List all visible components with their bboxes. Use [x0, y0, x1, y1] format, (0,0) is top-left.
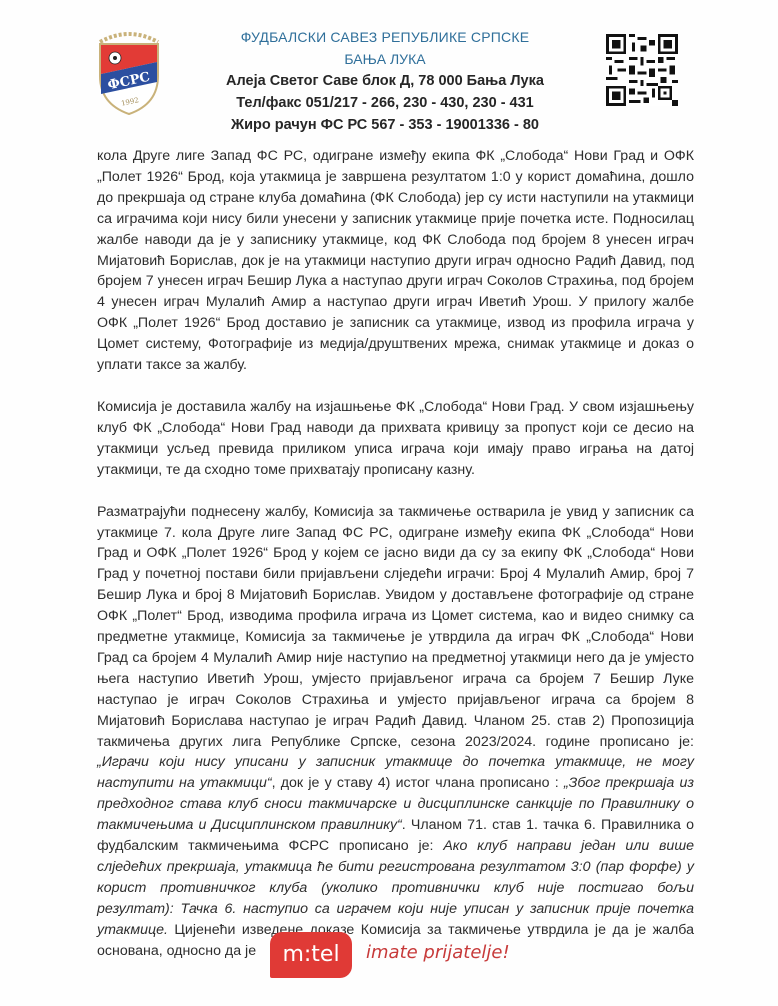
- sponsor-footer: m:tel imate prijatelje!: [270, 930, 510, 980]
- paragraph-text: , док је у ставу 4) истог члана прописан…: [272, 775, 564, 791]
- body-paragraph: кола Друге лиге Запад ФС РС, одигране из…: [97, 146, 694, 376]
- paragraph-text: Комисија је доставила жалбу на изјашњење…: [97, 399, 694, 478]
- phone-fax: Тел/факс 051/217 - 266, 230 - 430, 230 -…: [190, 92, 580, 114]
- paragraph-text: кола Друге лиге Запад ФС РС, одигране из…: [97, 148, 694, 373]
- body-paragraph: Разматрајући поднесену жалбу, Комисија з…: [97, 502, 694, 962]
- organization-name: ФУДБАЛСКИ САВЕЗ РЕПУБЛИКЕ СРПСКЕ: [190, 26, 580, 48]
- qr-code-icon: [606, 34, 678, 106]
- mtel-logo: m:tel: [270, 932, 352, 978]
- letterhead: ФУДБАЛСКИ САВЕЗ РЕПУБЛИКЕ СРПСКЕ БАЊА ЛУ…: [190, 26, 580, 136]
- document-page: ФСРС 1992 ФУДБАЛСКИ САВЕЗ РЕПУБЛИКЕ СРПС…: [0, 0, 778, 1006]
- sponsor-slogan: imate prijatelje!: [366, 942, 510, 963]
- bank-account: Жиро рачун ФС РС 567 - 353 - 19001336 - …: [190, 114, 580, 136]
- organization-city: БАЊА ЛУКА: [190, 48, 580, 70]
- paragraph-text: Разматрајући поднесену жалбу, Комисија з…: [97, 504, 694, 750]
- fsrs-crest-icon: ФСРС 1992: [96, 24, 162, 116]
- document-body: кола Друге лиге Запад ФС РС, одигране из…: [97, 146, 694, 983]
- address: Алеја Светог Саве блок Д, 78 000 Бања Лу…: [190, 70, 580, 92]
- body-paragraph: Комисија је доставила жалбу на изјашњење…: [97, 397, 694, 481]
